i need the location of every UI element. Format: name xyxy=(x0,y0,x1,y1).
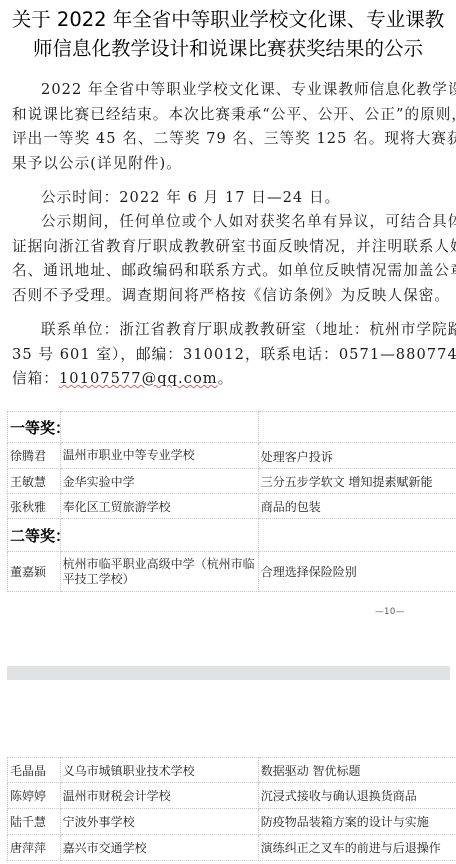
email-label: 信箱： xyxy=(12,370,59,387)
section-header-row: 一等奖： xyxy=(8,412,456,443)
cell-school: 杭州市临平职业高级中学（杭州市临平技工学校） xyxy=(60,552,258,592)
publicity-period-line: 公示时间：2022 年 6 月 17 日—24 日。 xyxy=(12,186,448,211)
cell-topic: 防疫物品装箱方案的设计与实施 xyxy=(258,809,456,835)
intro-line-1: 2022 年全省中等职业学校文化课、专业课教师信息化教学设计 xyxy=(12,78,448,103)
section-header-row: 二等奖： xyxy=(8,519,456,552)
contact-line-1: 联系单位：浙江省教育厅职成教教研室（地址：杭州市学院路 xyxy=(12,318,448,343)
cell-name: 陆千慧 xyxy=(8,809,61,835)
empty-cell xyxy=(258,519,456,552)
section-label-second-prize: 二等奖： xyxy=(8,519,61,552)
objection-line-2: 证据向浙江省教育厅职成教教研室书面反映情况，并注明联系人姓 xyxy=(12,235,448,260)
cell-topic: 处理客户投诉 xyxy=(258,443,456,469)
table-row: 张秋雅 奉化区工贸旅游学校 商品的包装 xyxy=(8,494,456,519)
cell-name: 张秋雅 xyxy=(8,494,61,519)
contact-line-2: 35 号 601 室），邮编：310012，联系电话：0571—88077419… xyxy=(12,343,448,368)
contact-paragraph: 联系单位：浙江省教育厅职成教教研室（地址：杭州市学院路 35 号 601 室），… xyxy=(12,318,448,392)
cell-school: 金华实验中学 xyxy=(60,469,258,494)
cell-topic: 合理选择保险险别 xyxy=(258,552,456,592)
awards-table-page-1: 一等奖： 徐腾君 温州市职业中等专业学校 处理客户投诉 王敏慧 金华实验中学 三… xyxy=(7,411,456,592)
table-row: 唐萍萍 嘉兴市交通学校 演练纠正之叉车的前进与后退操作 xyxy=(8,835,456,861)
cell-name: 毛晶晶 xyxy=(8,758,61,783)
objection-line-4: 否则不予受理。调查期间将严格按《信访条例》为反映人保密。 xyxy=(12,284,448,309)
table-row: 陆千慧 宁波外事学校 防疫物品装箱方案的设计与实施 xyxy=(8,809,456,835)
contact-line-3: 信箱：10107577@qq.com。 xyxy=(12,367,448,392)
cell-name: 徐腾君 xyxy=(8,443,61,469)
section-label-first-prize: 一等奖： xyxy=(8,412,61,443)
title-line-2: 师信息化教学设计和说课比赛获奖结果的公示 xyxy=(0,34,456,63)
page-separator xyxy=(7,666,450,680)
intro-line-3: 评出一等奖 45 名、二等奖 79 名、三等奖 125 名。现将大赛获奖结 xyxy=(12,127,448,152)
cell-topic: 沉浸式接收与确认退换货商品 xyxy=(258,783,456,809)
document-title: 关于 2022 年全省中等职业学校文化课、专业课教 师信息化教学设计和说课比赛获… xyxy=(0,5,456,63)
cell-name: 王敏慧 xyxy=(8,469,61,494)
empty-cell xyxy=(60,519,258,552)
objection-line-3: 名、通讯地址、邮政编码和联系方式。如单位反映情况需加盖公章， xyxy=(12,259,448,284)
table-row: 陈婷婷 温州市财税会计学校 沉浸式接收与确认退换货商品 xyxy=(8,783,456,809)
cell-topic: 演练纠正之叉车的前进与后退操作 xyxy=(258,835,456,861)
cell-school: 义乌市城镇职业技术学校 xyxy=(60,758,258,783)
cell-topic: 数据驱动 智优标题 xyxy=(258,758,456,783)
cell-school: 嘉兴市交通学校 xyxy=(60,835,258,861)
cell-name: 陈婷婷 xyxy=(8,783,61,809)
empty-cell xyxy=(258,412,456,443)
page-number: —10— xyxy=(375,607,405,617)
objection-paragraph: 公示期间，任何单位或个人如对获奖名单有异议，可结合具体 证据向浙江省教育厅职成教… xyxy=(12,210,448,308)
awards-table-page-2: 毛晶晶 义乌市城镇职业技术学校 数据驱动 智优标题 陈婷婷 温州市财税会计学校 … xyxy=(7,757,456,861)
cell-school: 温州市职业中等专业学校 xyxy=(60,443,258,469)
cell-school: 宁波外事学校 xyxy=(60,809,258,835)
email-suffix: 。 xyxy=(218,370,234,387)
objection-line-1: 公示期间，任何单位或个人如对获奖名单有异议，可结合具体 xyxy=(12,210,448,235)
cell-name: 唐萍萍 xyxy=(8,835,61,861)
intro-paragraph: 2022 年全省中等职业学校文化课、专业课教师信息化教学设计 和说课比赛已经结束… xyxy=(12,78,448,176)
table-row: 毛晶晶 义乌市城镇职业技术学校 数据驱动 智优标题 xyxy=(8,758,456,783)
publicity-period-paragraph: 公示时间：2022 年 6 月 17 日—24 日。 xyxy=(12,186,448,211)
cell-topic: 三分五步学软文 增知提素赋新能 xyxy=(258,469,456,494)
email-link[interactable]: 10107577@qq.com xyxy=(59,370,218,387)
cell-topic: 商品的包装 xyxy=(258,494,456,519)
table-row: 董嘉颖 杭州市临平职业高级中学（杭州市临平技工学校） 合理选择保险险别 xyxy=(8,552,456,592)
intro-line-2: 和说课比赛已经结束。本次比赛秉承“公平、公开、公正”的原则，共 xyxy=(12,103,448,128)
table-row: 王敏慧 金华实验中学 三分五步学软文 增知提素赋新能 xyxy=(8,469,456,494)
table-row: 徐腾君 温州市职业中等专业学校 处理客户投诉 xyxy=(8,443,456,469)
cell-school: 温州市财税会计学校 xyxy=(60,783,258,809)
title-line-1: 关于 2022 年全省中等职业学校文化课、专业课教 xyxy=(0,5,456,34)
empty-cell xyxy=(60,412,258,443)
cell-name: 董嘉颖 xyxy=(8,552,61,592)
intro-line-4: 果予以公示(详见附件)。 xyxy=(12,152,448,177)
cell-school: 奉化区工贸旅游学校 xyxy=(60,494,258,519)
